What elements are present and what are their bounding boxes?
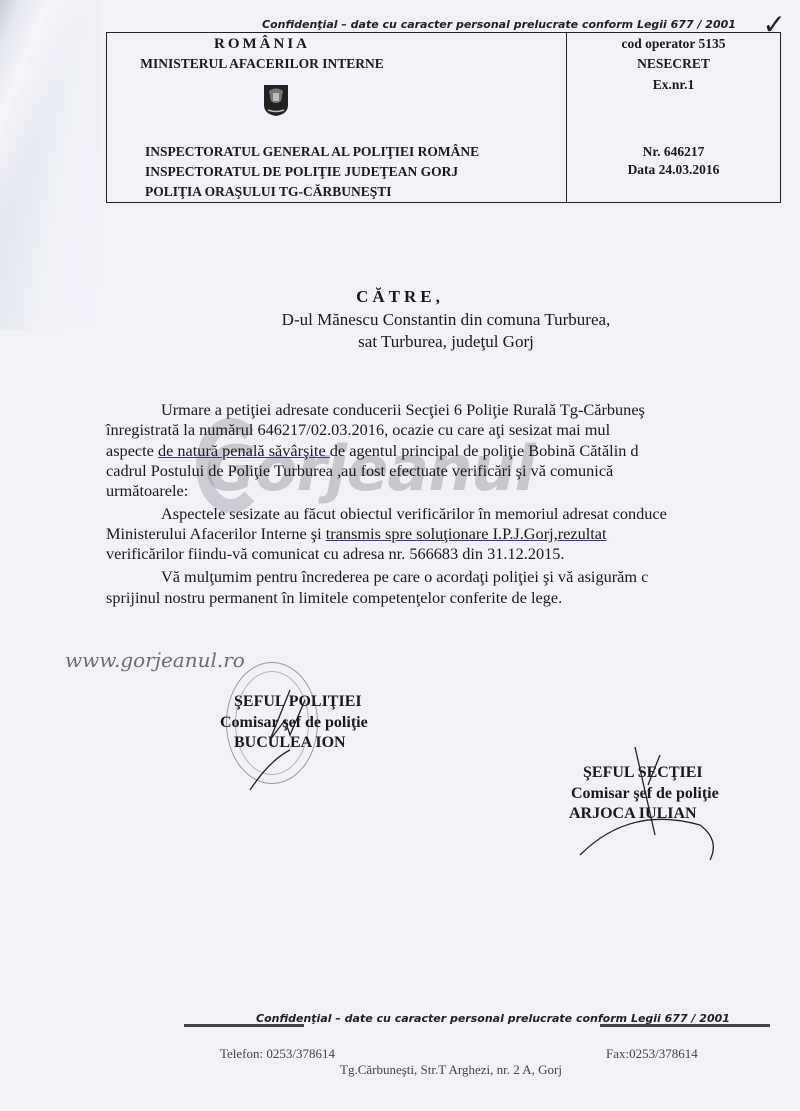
ministry-name: MINISTERUL AFACERILOR INTERNE bbox=[107, 56, 417, 72]
watermark-site: www.gorjeanul.ro bbox=[65, 648, 245, 672]
paragraph-1-line-5: următoarele: bbox=[106, 481, 800, 501]
signer-name: BUCULEA ION bbox=[234, 733, 368, 754]
operator-code: cod operator 5135 bbox=[567, 36, 780, 52]
paragraph-3-line-1: Vă mulţumim pentru încrederea pe care o … bbox=[106, 567, 800, 587]
signer-rank: Comisar şef de poliţie bbox=[220, 713, 368, 734]
text-segment: Ministerului Afacerilor Interne şi bbox=[106, 524, 326, 543]
registration-number: Nr. 646217 bbox=[567, 144, 780, 160]
country-name: ROMÂNIA bbox=[107, 36, 417, 53]
signer-title: ŞEFUL POLIŢIEI bbox=[234, 692, 368, 713]
paragraph-1-line-4: cadrul Postului de Poliţie Turburea ,au … bbox=[106, 461, 800, 481]
footer-fax: Fax:0253/378614 bbox=[606, 1046, 698, 1062]
classification: NESECRET bbox=[567, 56, 780, 72]
document-date: Data 24.03.2016 bbox=[567, 162, 780, 178]
paragraph-2-line-1: Aspectele sesizate au făcut obiectul ver… bbox=[106, 504, 800, 524]
confidential-notice-top: Confidenţial – date cu caracter personal… bbox=[262, 18, 736, 31]
footer-divider-left bbox=[184, 1024, 304, 1027]
recipient-line-1: D-ul Mănescu Constantin din comuna Turbu… bbox=[0, 310, 800, 330]
text-segment: de agentul principal de poliţie Bobină C… bbox=[330, 441, 639, 460]
recipient-heading: CĂTRE, bbox=[0, 287, 800, 307]
paragraph-1-line-1: Urmare a petiţiei adresate conducerii Se… bbox=[106, 400, 800, 420]
underlined-phrase: transmis spre soluţionare I.P.J.Gorj,rez… bbox=[326, 524, 607, 543]
institution-line-3: POLIŢIA ORAŞULUI TG-CĂRBUNEŞTI bbox=[145, 184, 392, 200]
letterhead-box: ROMÂNIA MINISTERUL AFACERILOR INTERNE IN… bbox=[106, 32, 781, 203]
underlined-phrase: de natură penală săvârşite bbox=[158, 441, 330, 460]
text-segment: aspecte bbox=[106, 441, 158, 460]
coat-of-arms-icon bbox=[263, 83, 289, 117]
letterhead-left: ROMÂNIA MINISTERUL AFACERILOR INTERNE IN… bbox=[107, 33, 567, 202]
signer-name: ARJOCA IULIAN bbox=[569, 804, 719, 825]
signer-rank: Comisar şef de poliţie bbox=[571, 784, 719, 805]
paragraph-2-line-3: verificărilor fiindu-vă comunicat cu adr… bbox=[106, 544, 800, 564]
paragraph-1-line-2: înregistrată la numărul 646217/02.03.201… bbox=[106, 420, 800, 440]
signature-block-section-chief: ŞEFUL SECŢIEI Comisar şef de poliţie ARJ… bbox=[583, 763, 719, 825]
footer-address: Tg.Cărbuneşti, Str.T Arghezi, nr. 2 A, G… bbox=[340, 1062, 562, 1078]
paragraph-3-line-2: sprijinul nostru permanent în limitele c… bbox=[106, 588, 800, 608]
scanner-shadow bbox=[0, 0, 100, 330]
footer-divider-right bbox=[600, 1024, 770, 1027]
letterhead-right: cod operator 5135 NESECRET Ex.nr.1 Nr. 6… bbox=[567, 33, 780, 202]
signature-block-police-chief: ŞEFUL POLIŢIEI Comisar şef de poliţie BU… bbox=[234, 692, 368, 754]
paragraph-2-line-2: Ministerului Afacerilor Interne şi trans… bbox=[106, 524, 800, 544]
recipient-line-2: sat Turburea, judeţul Gorj bbox=[0, 332, 800, 352]
institution-line-1: INSPECTORATUL GENERAL AL POLIŢIEI ROMÂNE bbox=[145, 144, 479, 160]
paragraph-1-line-3: aspecte de natură penală săvârşite de ag… bbox=[106, 441, 800, 461]
institution-line-2: INSPECTORATUL DE POLIŢIE JUDEŢEAN GORJ bbox=[145, 164, 458, 180]
signer-title: ŞEFUL SECŢIEI bbox=[583, 763, 719, 784]
copy-number: Ex.nr.1 bbox=[567, 77, 780, 93]
footer-phone: Telefon: 0253/378614 bbox=[220, 1046, 335, 1062]
